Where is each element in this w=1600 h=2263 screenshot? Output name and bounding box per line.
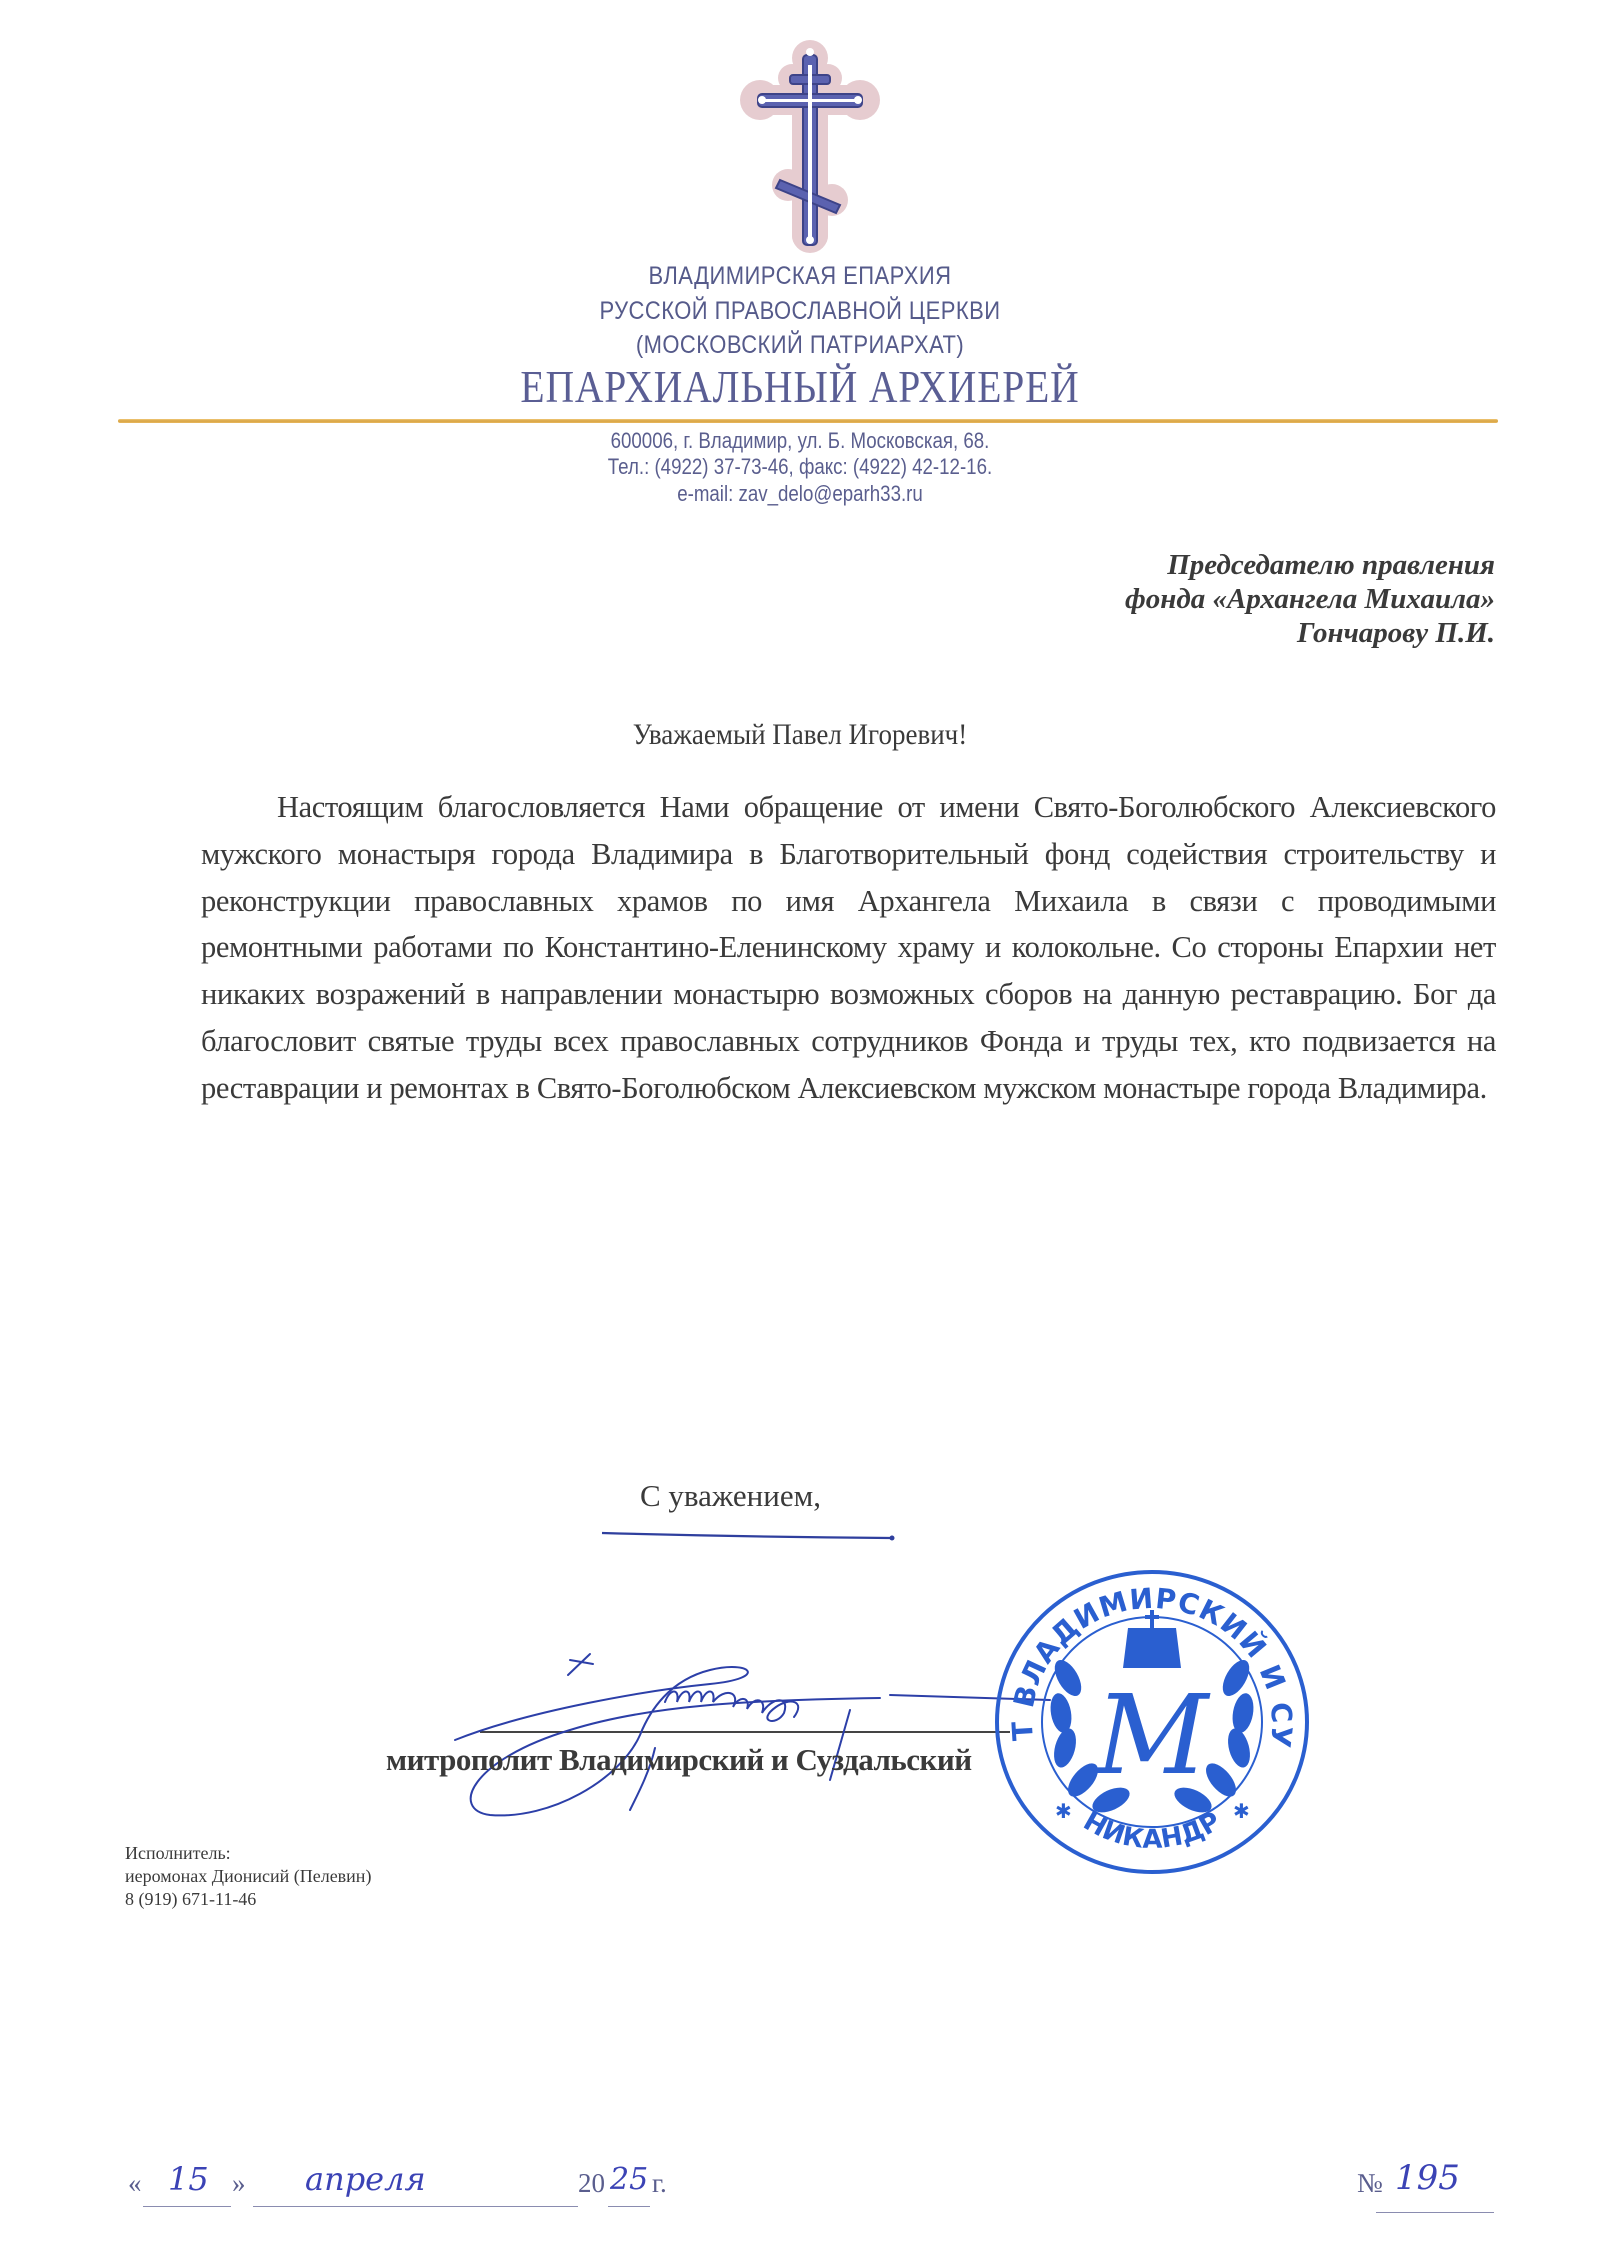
day-field-line — [143, 2206, 231, 2207]
number-value: 195 — [1395, 2158, 1460, 2198]
executor-phone: 8 (919) 671-11-46 — [125, 1888, 371, 1911]
closing-underline-stroke — [600, 1528, 900, 1542]
letter-body: Настоящим благословляется Нами обращение… — [201, 784, 1496, 1112]
diocese-name-line-2: РУССКОЙ ПРАВОСЛАВНОЙ ЦЕРКВИ — [96, 297, 1504, 326]
addressee-block: Председателю правления фонда «Архангела … — [1125, 548, 1495, 650]
addressee-line-3: Гончарову П.И. — [1125, 616, 1495, 650]
number-field-line — [1376, 2212, 1494, 2213]
executor-label: Исполнитель: — [125, 1842, 371, 1865]
letter-closing: С уважением, — [640, 1478, 821, 1514]
number-label: № — [1357, 2168, 1383, 2199]
addressee-line-1: Председателю правления — [1125, 548, 1495, 582]
date-month: апреля — [305, 2160, 426, 2198]
date-year-suffix: 25 — [610, 2162, 648, 2197]
date-day: 15 — [168, 2160, 209, 2198]
letter-greeting: Уважаемый Павел Игоревич! — [80, 718, 1520, 752]
stamp-star-icon: ✱ — [1233, 1801, 1250, 1823]
stamp-bottom-text: НИКАНДР — [1078, 1806, 1226, 1854]
diocese-name-line-1: ВЛАДИМИРСКАЯ ЕПАРХИЯ — [96, 262, 1504, 291]
month-field-line — [253, 2206, 578, 2207]
stamp-monogram: М — [1094, 1671, 1211, 1799]
letterhead-title: ЕПАРХИАЛЬНЫЙ АРХИЕРЕЙ — [112, 360, 1488, 413]
date-year-unit: г. — [652, 2168, 667, 2199]
letterhead-divider — [118, 419, 1498, 423]
diocese-name-line-3: (МОСКОВСКИЙ ПАТРИАРХАТ) — [96, 331, 1504, 360]
signatory-title: митрополит Владимирский и Суздальский — [386, 1742, 972, 1778]
orthodox-cross-icon — [740, 40, 880, 255]
svg-text:НИКАНДР: НИКАНДР — [1078, 1806, 1226, 1854]
letterhead-email: e-mail: zav_delo@eparh33.ru — [120, 481, 1480, 507]
executor-name: иеромонах Дионисий (Пелевин) — [125, 1865, 371, 1888]
executor-block: Исполнитель: иеромонах Дионисий (Пелевин… — [125, 1842, 371, 1911]
letterhead-address: 600006, г. Владимир, ул. Б. Московская, … — [120, 428, 1480, 454]
addressee-line-2: фонда «Архангела Михаила» — [1125, 582, 1495, 616]
date-quote-open: « — [128, 2168, 142, 2199]
date-year-prefix: 20 — [578, 2168, 605, 2199]
letterhead-phones: Тел.: (4922) 37-73-46, факс: (4922) 42-1… — [120, 454, 1480, 480]
stamp-star-icon: ✱ — [1055, 1801, 1072, 1823]
official-seal-stamp: МИТРОПОЛИТ ВЛАДИМИРСКИЙ И СУЗДАЛЬСКИЙ НИ… — [993, 1568, 1311, 1876]
year-field-line — [608, 2206, 650, 2207]
date-quote-close: » — [232, 2168, 246, 2199]
